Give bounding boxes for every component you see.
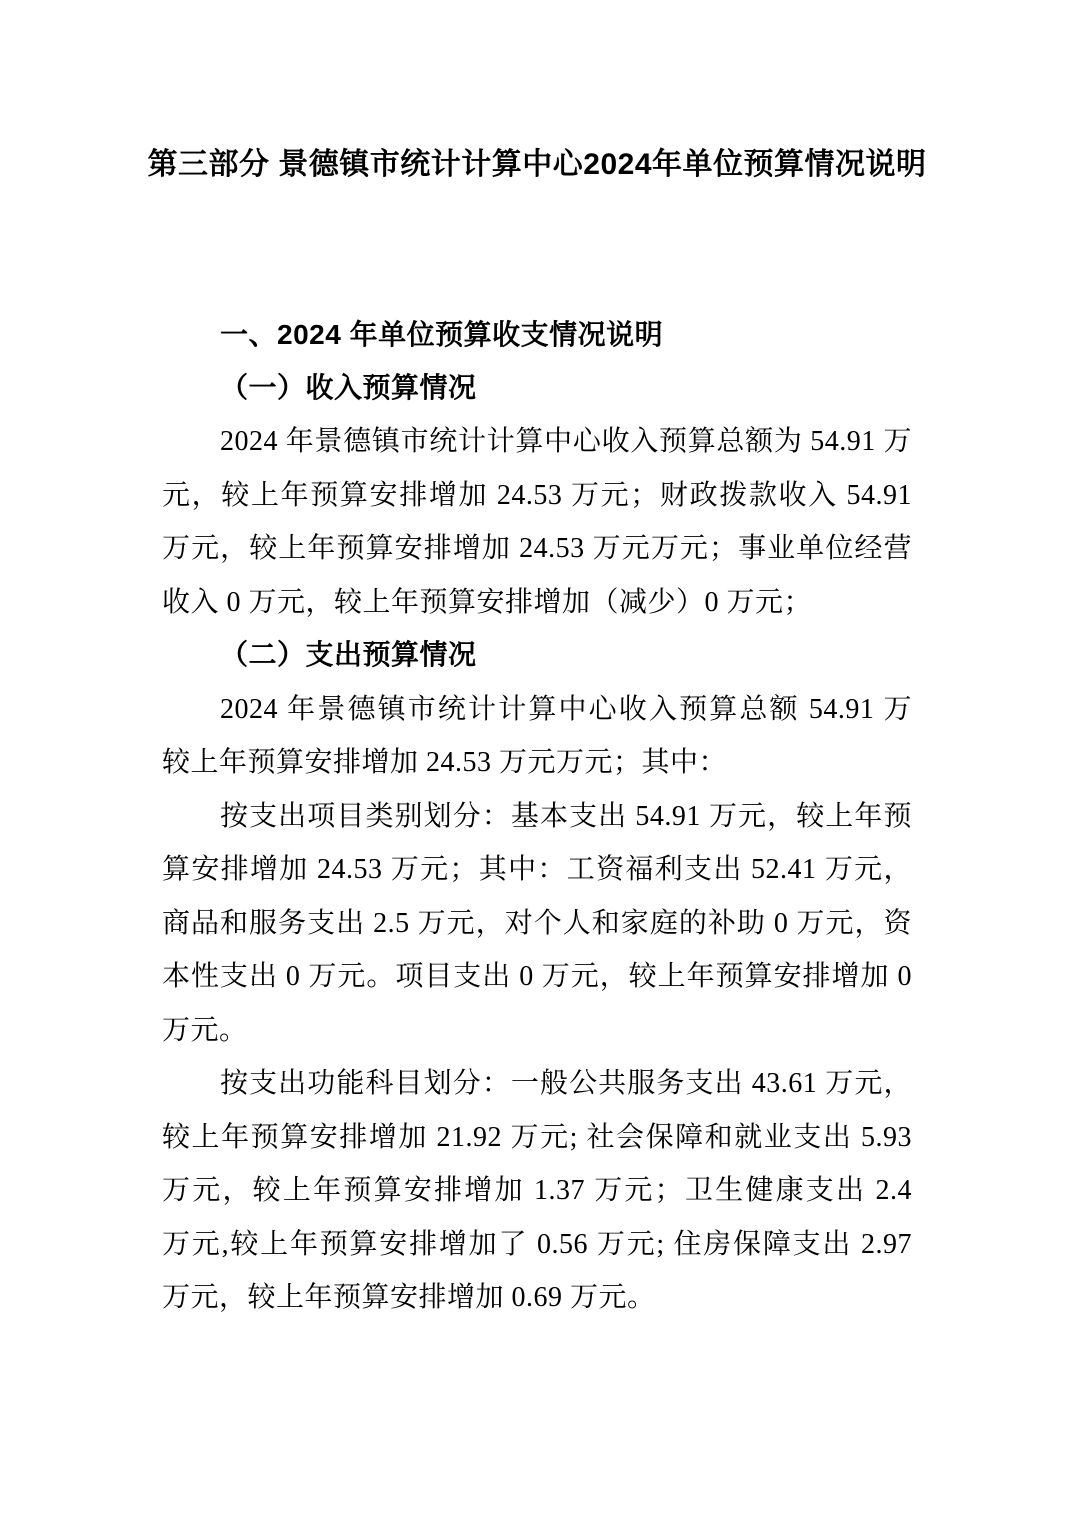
text-line: 万元。 bbox=[162, 1004, 912, 1058]
text-line: 万元,较上年预算安排增加了 0.56 万元; 住房保障支出 2.97 bbox=[162, 1218, 912, 1272]
text-line: 万元，较上年预算安排增加 0.69 万元。 bbox=[162, 1271, 912, 1325]
text-line: 算安排增加 24.53 万元；其中：工资福利支出 52.41 万元， bbox=[162, 843, 912, 897]
text-line: 较上年预算安排增加 24.53 万元万元；其中： bbox=[162, 736, 912, 790]
text-line: 万元，较上年预算安排增加 24.53 万元万元；事业单位经营 bbox=[162, 522, 912, 576]
text-line: 商品和服务支出 2.5 万元，对个人和家庭的补助 0 万元，资 bbox=[162, 897, 912, 951]
text-line: 较上年预算安排增加 21.92 万元; 社会保障和就业支出 5.93 bbox=[162, 1111, 912, 1165]
text-line: 万元，较上年预算安排增加 1.37 万元；卫生健康支出 2.4 bbox=[162, 1164, 912, 1218]
text-line: 2024 年景德镇市统计计算中心收入预算总额 54.91 万元， bbox=[162, 683, 912, 737]
text-line: 收入 0 万元，较上年预算安排增加（减少）0 万元； bbox=[162, 576, 912, 630]
text-line: 元，较上年预算安排增加 24.53 万元；财政拨款收入 54.91 bbox=[162, 469, 912, 523]
text-line: 按支出功能科目划分：一般公共服务支出 43.61 万元， bbox=[162, 1057, 912, 1111]
document-title: 第三部分 景德镇市统计计算中心2024年单位预算情况说明 bbox=[147, 138, 927, 192]
document-page: 第三部分 景德镇市统计计算中心2024年单位预算情况说明 一、2024 年单位预… bbox=[0, 0, 1074, 1520]
document-body: 一、2024 年单位预算收支情况说明（一）收入预算情况2024 年景德镇市统计计… bbox=[162, 308, 912, 1325]
text-line: 按支出项目类别划分：基本支出 54.91 万元，较上年预 bbox=[162, 790, 912, 844]
text-line: （二）支出预算情况 bbox=[162, 629, 912, 683]
text-line: 本性支出 0 万元。项目支出 0 万元，较上年预算安排增加 0 bbox=[162, 950, 912, 1004]
text-line: 2024 年景德镇市统计计算中心收入预算总额为 54.91 万 bbox=[162, 415, 912, 469]
text-line: （一）收入预算情况 bbox=[162, 362, 912, 416]
text-line: 一、2024 年单位预算收支情况说明 bbox=[162, 308, 912, 362]
document-content: 第三部分 景德镇市统计计算中心2024年单位预算情况说明 一、2024 年单位预… bbox=[0, 0, 1074, 1325]
